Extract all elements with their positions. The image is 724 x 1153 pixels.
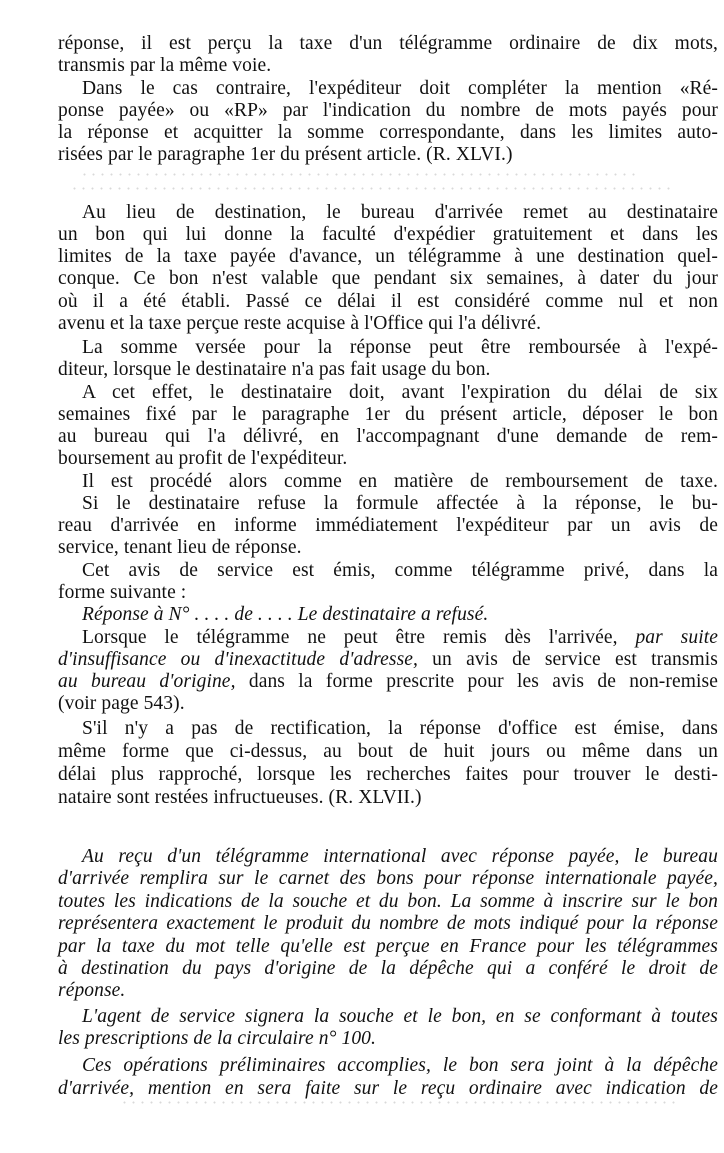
text-line: un bon qui lui donne la faculté d'expédi…: [58, 224, 718, 246]
text-line: Si le destinataire refuse la formule aff…: [82, 493, 718, 515]
text-run: un avis de service est transmis: [418, 649, 718, 670]
text-line: ponse payée» ou «RP» par l'indication du…: [58, 100, 718, 122]
text-line: forme suivante :: [58, 582, 718, 604]
text-line: semaines fixé par le paragraphe 1er du p…: [58, 404, 718, 426]
text-line: avenu et la taxe perçue reste acquise à …: [58, 313, 718, 335]
text-line: boursement au profit de l'expéditeur.: [58, 448, 718, 470]
text-line-with-reference: risées par le paragraphe 1er du présent …: [58, 144, 718, 166]
text-line: Il est procédé alors comme en matière de…: [82, 471, 718, 493]
scan-noise: [80, 172, 640, 178]
text-run: (voir page 543).: [58, 693, 185, 714]
text-line: Dans le cas contraire, l'expéditeur doit…: [82, 78, 718, 100]
text-line: réponse, il est perçu la taxe d'un télég…: [58, 33, 718, 55]
text-run: Lorsque le télégramme ne peut être remis…: [82, 627, 635, 648]
text-line: limites de la taxe payée d'avance, un té…: [58, 246, 718, 268]
text-line: reau d'arrivée en informe immédiatement …: [58, 515, 718, 537]
text-line: la réponse et acquitter la somme corresp…: [58, 122, 718, 144]
text-line: Lorsque le télégramme ne peut être remis…: [82, 627, 718, 649]
text-line: Cet avis de service est émis, comme télé…: [82, 560, 718, 582]
text-line: représentera exactement le produit du no…: [58, 913, 718, 935]
text-line: S'il n'y a pas de rectification, la répo…: [82, 718, 718, 740]
text-line: où il a été établi. Passé ce délai il es…: [58, 291, 718, 313]
text-line: La somme versée pour la réponse peut êtr…: [82, 337, 718, 359]
text-run-italic: par suite: [635, 627, 718, 648]
text-line-with-reference: nataire sont restées infructueuses. (R. …: [58, 787, 718, 809]
text-line: même forme que ci-dessus, au bout de hui…: [58, 741, 718, 763]
text-line: par la taxe du mot telle qu'elle est per…: [58, 936, 718, 958]
text-line-page-reference: (voir page 543).: [58, 693, 718, 715]
scan-noise: [70, 186, 670, 192]
text-run-italic: d'insuffisance ou d'inexactitude d'adres…: [58, 649, 418, 670]
text-line: au bureau qui l'a délivré, en l'accompag…: [58, 426, 718, 448]
text-line: A cet effet, le destinataire doit, avant…: [82, 382, 718, 404]
text-line: à destination du pays d'origine de la dé…: [58, 958, 718, 980]
text-line: conque. Ce bon n'est valable que pendant…: [58, 268, 718, 290]
text-line: au bureau d'origine, dans la forme presc…: [58, 671, 718, 693]
text-line: Ces opérations préliminaires accomplies,…: [82, 1055, 718, 1077]
text-line: d'insuffisance ou d'inexactitude d'adres…: [58, 649, 718, 671]
text-line: d'arrivée, mention en sera faite sur le …: [58, 1078, 718, 1100]
scan-noise: [120, 1100, 680, 1106]
text-line: diteur, lorsque le destinataire n'a pas …: [58, 359, 718, 381]
scanned-document-page: réponse, il est perçu la taxe d'un télég…: [0, 0, 724, 1153]
text-run-italic: au bureau d'origine,: [58, 671, 236, 692]
text-line: les prescriptions de la circulaire n° 10…: [58, 1028, 718, 1050]
text-line: Au lieu de destination, le bureau d'arri…: [82, 202, 718, 224]
text-line: réponse.: [58, 980, 718, 1002]
text-line: d'arrivée remplira sur le carnet des bon…: [58, 868, 718, 890]
text-line: délai plus rapproché, lorsque les recher…: [58, 764, 718, 786]
text-line: Au reçu d'un télégramme international av…: [82, 846, 718, 868]
service-message-template: Réponse à N° . . . . de . . . . Le desti…: [82, 604, 718, 626]
text-line: service, tenant lieu de réponse.: [58, 537, 718, 559]
text-line: transmis par la même voie.: [58, 55, 718, 77]
text-line: L'agent de service signera la souche et …: [82, 1006, 718, 1028]
text-run: dans la forme prescrite pour les avis de…: [236, 671, 718, 692]
text-line: toutes les indications de la souche et d…: [58, 891, 718, 913]
